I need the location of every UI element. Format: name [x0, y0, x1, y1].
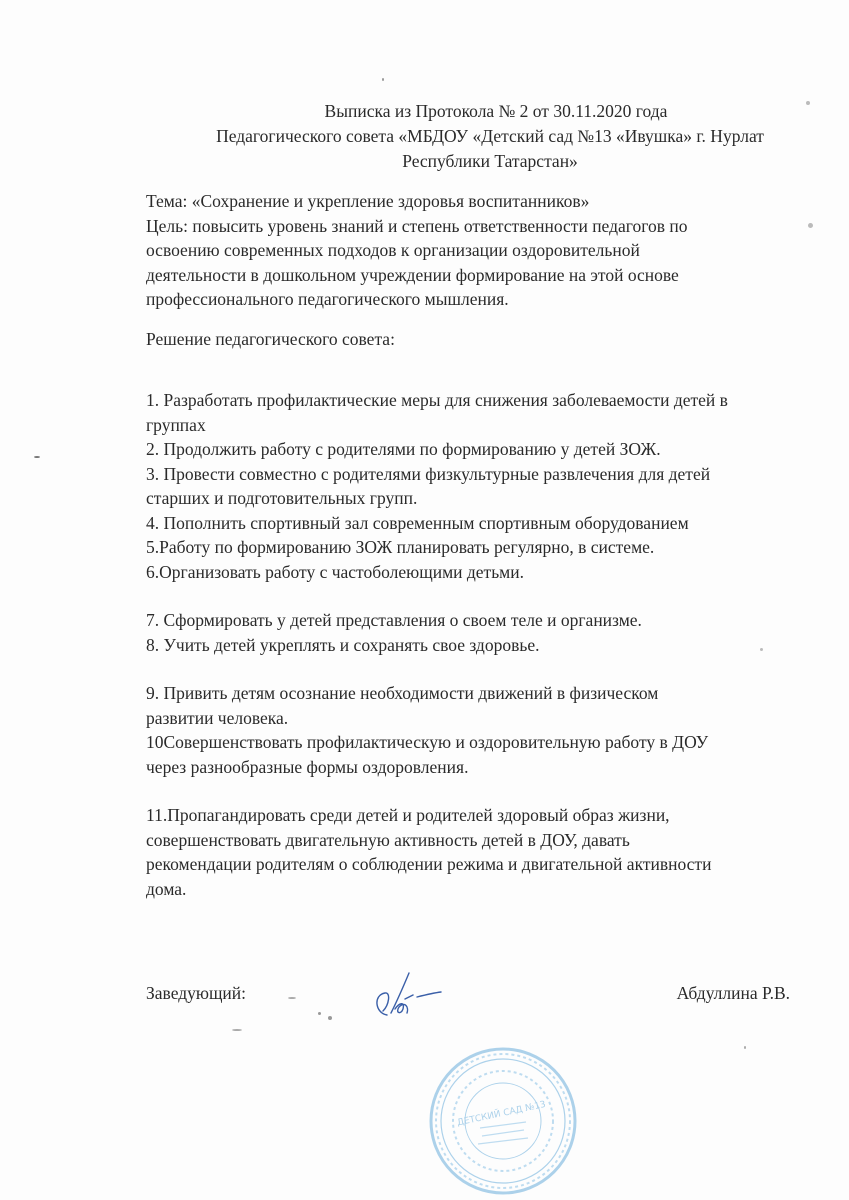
decision-line: 10Совершенствовать профилактическую и оз… [146, 730, 836, 755]
scan-speck [328, 1016, 332, 1020]
decision-list: 1. Разработать профилактические меры для… [146, 388, 836, 901]
decision-line: 7. Сформировать у детей представления о … [146, 608, 836, 633]
decision-line: через разнообразные формы оздоровления. [146, 755, 836, 780]
document-header: Выписка из Протокола № 2 от 30.11.2020 г… [150, 99, 830, 174]
scan-speck [760, 648, 763, 651]
header-republic-line: Республики Татарстан» [150, 149, 830, 174]
decision-line: дома. [146, 877, 836, 902]
decision-line: развитии человека. [146, 706, 836, 731]
topic-block: Тема: «Сохранение и укрепление здоровья … [146, 189, 826, 312]
decision-item-4: 4. Пополнить спортивный зал современным … [146, 511, 836, 536]
decision-item-11: 11.Пропагандировать среди детей и родите… [146, 803, 836, 901]
handwritten-signature-icon [365, 965, 445, 1025]
decision-item-8: 8. Учить детей укреплять и сохранять сво… [146, 633, 836, 658]
decision-item-10: 10Совершенствовать профилактическую и оз… [146, 730, 836, 779]
decision-item-6: 6.Организовать работу с частоболеющими д… [146, 560, 836, 585]
decision-item-2: 2. Продолжить работу с родителями по фор… [146, 437, 836, 462]
signatory-name: Абдуллина Р.В. [677, 983, 790, 1004]
spacer [146, 584, 836, 608]
decision-line: 4. Пополнить спортивный зал современным … [146, 511, 836, 536]
goal-line: деятельности в дошкольном учреждении фор… [146, 263, 826, 288]
scan-speck [806, 101, 810, 105]
topic-theme: Тема: «Сохранение и укрепление здоровья … [146, 189, 826, 214]
decision-line: 6.Организовать работу с частоболеющими д… [146, 560, 836, 585]
decision-line: 8. Учить детей укреплять и сохранять сво… [146, 633, 836, 658]
decision-item-1: 1. Разработать профилактические меры для… [146, 388, 836, 437]
decision-line: 2. Продолжить работу с родителями по фор… [146, 437, 836, 462]
decision-item-5: 5.Работу по формированию ЗОЖ планировать… [146, 535, 836, 560]
scan-speck [382, 78, 384, 81]
decision-line: группах [146, 413, 836, 438]
scan-speck [232, 1029, 242, 1031]
decision-item-3: 3. Провести совместно с родителями физку… [146, 462, 836, 511]
header-council-line: Педагогического совета «МБДОУ «Детский с… [150, 124, 830, 149]
scan-speck [34, 456, 40, 458]
scan-speck [744, 1046, 746, 1049]
goal-line: профессионального педагогического мышлен… [146, 287, 826, 312]
goal-line: освоению современных подходов к организа… [146, 238, 826, 263]
decision-line: 5.Работу по формированию ЗОЖ планировать… [146, 535, 836, 560]
decision-item-7: 7. Сформировать у детей представления о … [146, 608, 836, 633]
decision-line: 11.Пропагандировать среди детей и родите… [146, 803, 836, 828]
document-page: Выписка из Протокола № 2 от 30.11.2020 г… [0, 0, 849, 1200]
official-seal-icon: ДЕТСКИЙ САД №13 [418, 1036, 588, 1200]
decision-line: рекомендации родителям о соблюдении режи… [146, 852, 836, 877]
decision-line: 1. Разработать профилактические меры для… [146, 388, 836, 413]
decision-item-9: 9. Привить детям осознание необходимости… [146, 681, 836, 730]
spacer [146, 779, 836, 803]
header-protocol-line: Выписка из Протокола № 2 от 30.11.2020 г… [150, 99, 830, 124]
scan-speck [318, 1012, 321, 1015]
decision-line: старших и подготовительных групп. [146, 486, 836, 511]
signatory-title: Заведующий: [146, 983, 246, 1004]
scan-speck [808, 223, 813, 228]
decision-line: совершенствовать двигательную активность… [146, 828, 836, 853]
goal-line: Цель: повысить уровень знаний и степень … [146, 214, 826, 239]
decision-line: 9. Привить детям осознание необходимости… [146, 681, 836, 706]
decision-heading: Решение педагогического совета: [146, 327, 395, 352]
decision-line: 3. Провести совместно с родителями физку… [146, 462, 836, 487]
spacer [146, 657, 836, 681]
scan-speck [288, 997, 296, 999]
